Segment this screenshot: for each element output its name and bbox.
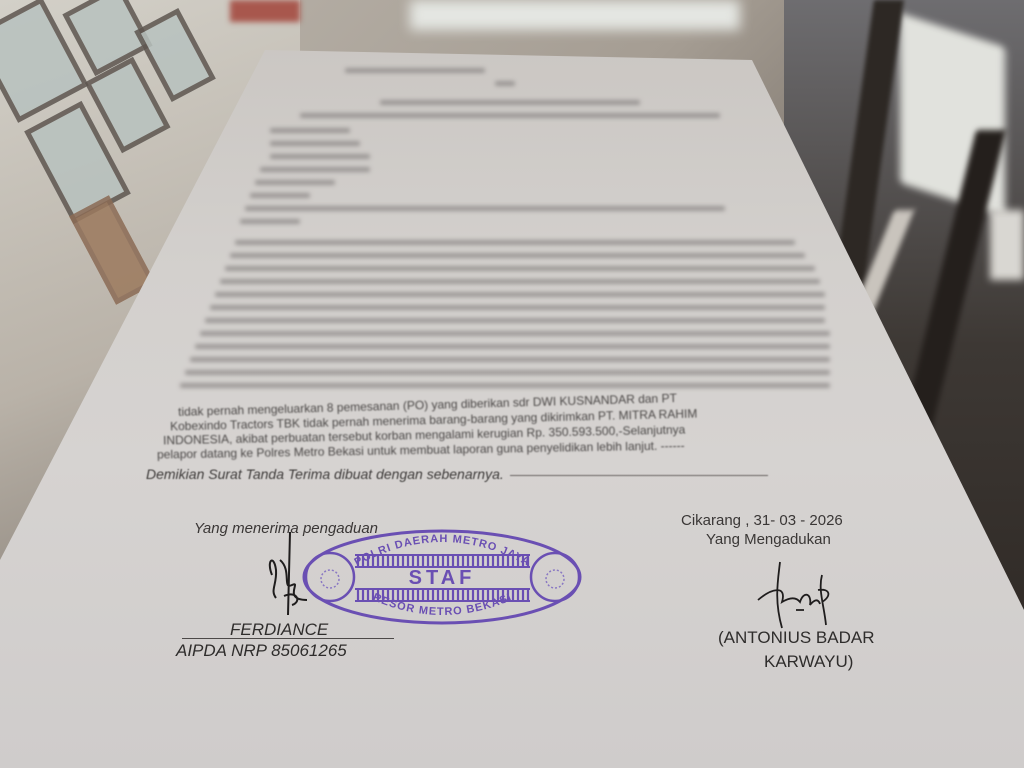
complainant-signature-icon xyxy=(752,560,842,630)
complainant-label: Yang Mengadukan xyxy=(706,531,831,548)
closing-dash-line xyxy=(510,475,768,476)
illegible-identity-table xyxy=(270,128,770,232)
place-date: Cikarang , 31- 03 - 2026 xyxy=(681,512,843,529)
background-window xyxy=(990,210,1024,280)
receiver-rank-nrp: AIPDA NRP 85061265 xyxy=(176,641,347,661)
illegible-title xyxy=(300,100,730,126)
illegible-body-paragraph xyxy=(180,240,820,396)
background-object xyxy=(230,0,300,22)
closing-statement: Demikian Surat Tanda Terima dibuat denga… xyxy=(146,466,768,482)
receiver-signature-line xyxy=(182,638,394,639)
background-window-light xyxy=(410,0,740,30)
complainant-name-line1: (ANTONIUS BADAR xyxy=(718,628,875,648)
svg-text:STAF: STAF xyxy=(409,567,476,589)
closing-text: Demikian Surat Tanda Terima dibuat denga… xyxy=(146,466,504,482)
illegible-header xyxy=(345,68,525,94)
complainant-name-line2: KARWAYU) xyxy=(764,652,853,672)
police-stamp: POLRI DAERAH METRO JAYA STAF RESOR METRO… xyxy=(300,527,585,627)
